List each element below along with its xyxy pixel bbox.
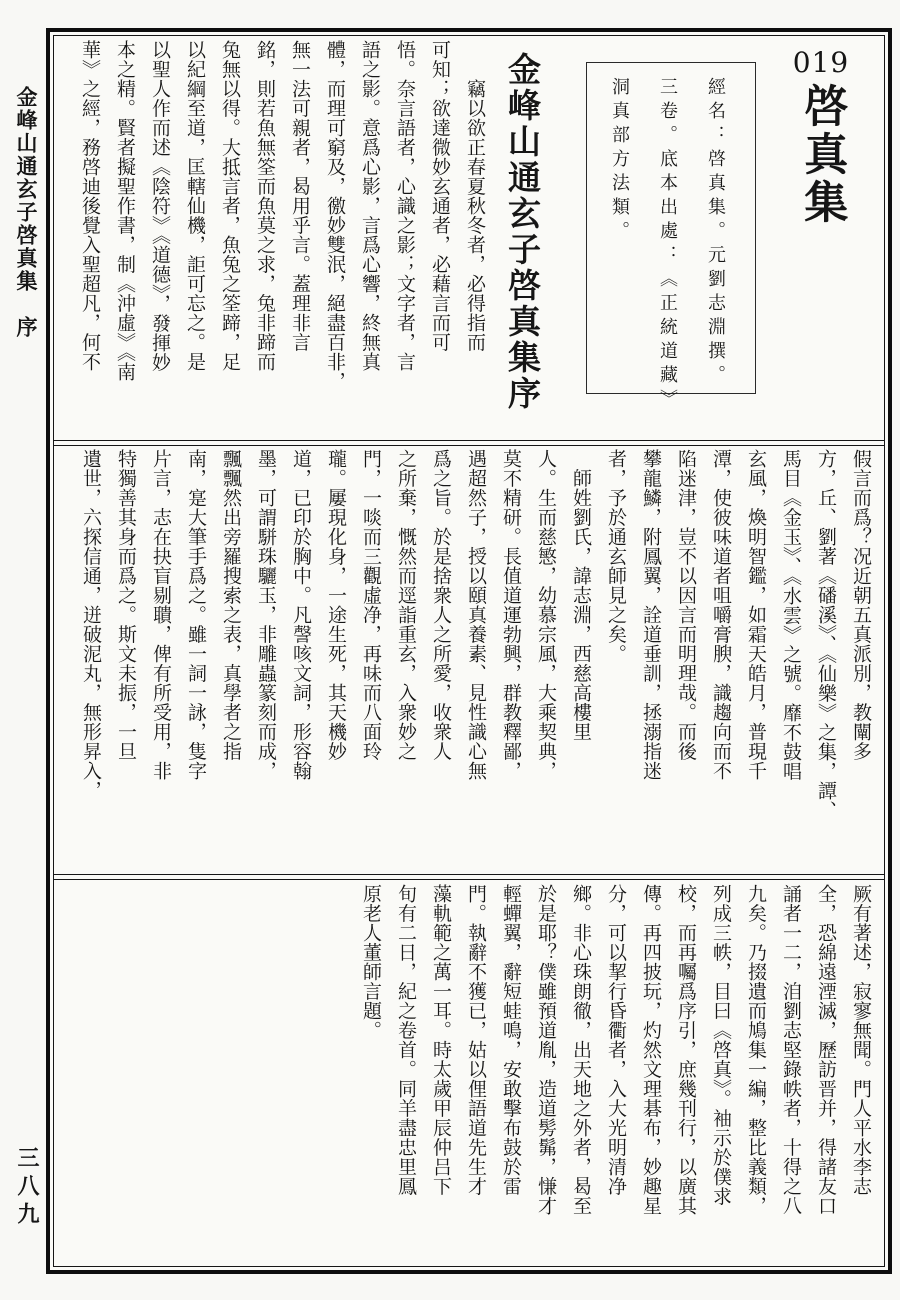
preface-title: 金峰山通玄子啓真集序 [499,52,546,412]
text-column: 體，而理可窮及，徼妙雙泯，絕盡百非， [317,40,352,438]
text-column: 藻軌範之萬一耳。時太歲甲辰仲吕下 [423,884,458,1264]
text-columns-top: 竊以欲正春夏秋冬者，必得指而可知；欲達微妙玄通者，必藉言而可悟。奈言語者，心識之… [60,40,492,438]
text-column: 潭，使彼味道者咀嚼膏腴，識趨向而不 [703,449,738,872]
text-column: 之所棄，慨然而逕詣重玄，入衆妙之 [388,449,423,872]
text-column: 經名：啓真集。元劉志淵撰。 [691,77,739,379]
text-column: 以紀綱至道，匡轄仙機，詎可忘之。是 [177,40,212,438]
text-column: 誦者一二，洎劉志堅錄帙者，十得之八 [773,884,808,1264]
book-title: 啓真集 [796,83,847,227]
text-column: 者，予於通玄師見之矣。 [598,449,633,872]
text-column: 傳。再四披玩，灼然文理碁布，妙趣星 [633,884,668,1264]
text-column: 三卷。底本出處：《正統道藏》 [643,77,691,379]
edition-note-box: 經名：啓真集。元劉志淵撰。三卷。底本出處：《正統道藏》洞真部方法類。 [586,62,756,394]
text-column: 莫不精研。長值道運勃興，群教釋鄙， [493,449,528,872]
collection-number: 019 [762,46,880,79]
text-column: 全，恐綿遠湮滅，歷訪晋并，得諸友口 [808,884,843,1264]
text-column: 旬有二日，紀之卷首。同羊盡忠里鳳 [388,884,423,1264]
text-column: 玄風，煥明智鑑，如霜天皓月，普現千 [738,449,773,872]
text-column: 方，丘、劉著《磻溪》、《仙樂》之集，譚、 [808,449,843,872]
text-columns-middle: 假言而爲？况近朝五真派別，教闡多方，丘、劉著《磻溪》、《仙樂》之集，譚、馬目《金… [60,449,878,872]
register-middle: 假言而爲？况近朝五真派別，教闡多方，丘、劉著《磻溪》、《仙樂》之集，譚、馬目《金… [54,446,884,874]
text-column: 爲之旨。於是捨衆人之所愛，收衆人 [423,449,458,872]
text-column: 校，而再囑爲序引，庶幾刊行，以廣其 [668,884,703,1264]
text-column: 可知；欲達微妙玄通者，必藉言而可 [422,40,457,438]
page-number: 三八九 [12,1146,43,1230]
text-column: 道，已印於胸中。凡謦咳文詞，形容翰 [283,449,318,872]
text-column: 本之精。賢者擬聖作書，制《沖虛》《南 [107,40,142,438]
text-column: 南，寔大筆手爲之。雖一詞一詠，隻字 [178,449,213,872]
text-column: 門，一啖而三觀虛净，再味而八面玲 [353,449,388,872]
text-column: 片言，志在抉盲剔聵，俾有所受用，非 [143,449,178,872]
text-column: 九矣。乃掇遺而鳩集一編，整比義類， [738,884,773,1264]
text-column: 以聖人作而述《陰符》《道德》，發揮妙 [142,40,177,438]
text-column: 鄉。非心珠朗徹，出天地之外者，曷至 [563,884,598,1264]
text-column: 飄飄然出旁羅搜索之表，真學者之指 [213,449,248,872]
text-column: 銘，則若魚無筌而魚莫之求，兔非蹄而 [247,40,282,438]
scanned-document-page: 金峰山通玄子啓真集 序 三八九 019 啓真集 經名：啓真集。元劉志淵撰。三卷。… [0,0,900,1300]
page-frame-inner: 019 啓真集 經名：啓真集。元劉志淵撰。三卷。底本出處：《正統道藏》洞真部方法… [53,35,885,1267]
text-column: 門。執辭不獲已，姑以俚語道先生才 [458,884,493,1264]
text-column: 分，可以挈行昏衢者，入大光明清净 [598,884,633,1264]
register-top: 019 啓真集 經名：啓真集。元劉志淵撰。三卷。底本出處：《正統道藏》洞真部方法… [54,36,884,440]
header-block: 019 啓真集 [762,46,880,227]
text-column: 遺世，六探信通，迸破泥丸，無形昇入， [73,449,108,872]
text-column: 人。生而慈慜，幼慕宗風，大乘契典， [528,449,563,872]
margin-book-title: 金峰山通玄子啓真集 序 [11,86,41,339]
text-column: 語之影。意爲心影，言爲心響，終無真 [352,40,387,438]
text-column: 師姓劉氏，諱志淵，西慈高樓里 [563,449,598,872]
text-column: 特獨善其身而爲之。斯文未振，一旦 [108,449,143,872]
text-column: 瓏。屢現化身，一途生死，其天機妙 [318,449,353,872]
text-column: 假言而爲？况近朝五真派別，教闡多 [843,449,878,872]
text-column: 原老人董師言題。 [353,884,388,1264]
text-column: 攀龍鱗，附鳳翼，詮道垂訓，拯溺指迷 [633,449,668,872]
text-column: 墨，可謂駢珠驪玉，非雕蟲篆刻而成， [248,449,283,872]
text-column: 輕蟬翼，辭短蛙鳴，安敢擊布鼓於雷 [493,884,528,1264]
page-frame: 019 啓真集 經名：啓真集。元劉志淵撰。三卷。底本出處：《正統道藏》洞真部方法… [46,28,892,1274]
text-column: 華》之經，務啓迪後覺入聖超凡，何不 [72,40,107,438]
text-column: 洞真部方法類。 [595,77,643,379]
text-column: 竊以欲正春夏秋冬者，必得指而 [457,40,492,438]
text-column: 於是耶？僕雖預道胤，造道髣髴，慊才 [528,884,563,1264]
text-column: 遇超然子，授以頤真養素、見性識心無 [458,449,493,872]
register-bottom: 厥有著述，寂寥無聞。門人平水李志全，恐綿遠湮滅，歷訪晋并，得諸友口誦者一二，洎劉… [54,880,884,1266]
text-column: 馬目《金玉》、《水雲》之號。靡不鼓唱 [773,449,808,872]
text-column: 列成三帙，目曰《啓真》。袖示於僕求 [703,884,738,1264]
text-column: 陷迷津，豈不以因言而明理哉。而後 [668,449,703,872]
text-column: 無一法可親者，曷用乎言。蓋理非言 [282,40,317,438]
text-columns-bottom: 厥有著述，寂寥無聞。門人平水李志全，恐綿遠湮滅，歷訪晋并，得諸友口誦者一二，洎劉… [60,884,878,1264]
text-column: 兔無以得。大抵言者，魚兔之筌蹄，足 [212,40,247,438]
text-column: 悟。奈言語者，心識之影；文字者，言 [387,40,422,438]
text-column: 厥有著述，寂寥無聞。門人平水李志 [843,884,878,1264]
